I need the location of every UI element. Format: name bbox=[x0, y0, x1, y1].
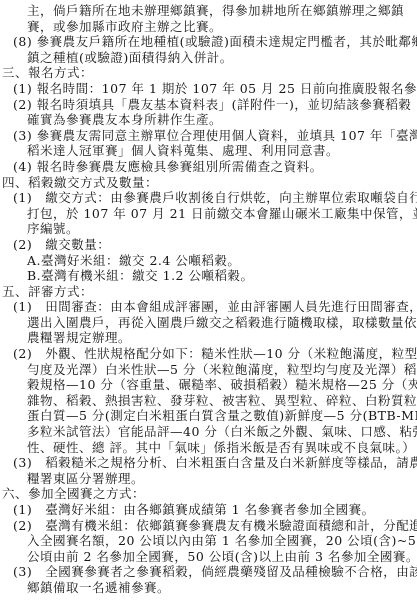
list-item: (1) 報名時間：107 年 1 期於 107 年 05 月 25 日前向推廣股… bbox=[13, 81, 417, 97]
doc-line: 糧署東區分署辦理。 bbox=[27, 471, 417, 487]
doc-line: 勻度及光澤）白米性狀—5 分（米粒飽滿度，粒型均勻度及光澤）稻 bbox=[27, 362, 417, 378]
section-heading: 四、稻穀繳交方式及數量： bbox=[2, 175, 417, 191]
list-item: (2) 外觀、性狀規格配分如下：糙米性狀—10 分（米粒飽滿度，粒型均 bbox=[13, 346, 417, 362]
doc-line: 蛋白質—5 分(測定白米粗蛋白質含量之數值)新鮮度—5 分(BTB-MR bbox=[27, 408, 417, 424]
doc-line: 鄉鎮備取一名遞補參賽。 bbox=[27, 580, 417, 596]
section-heading: 三、報名方式： bbox=[2, 65, 417, 81]
list-item: (1) 繳交方式：由參賽農戶收割後自行烘乾，向主辦單位索取噸袋自行 bbox=[13, 190, 417, 206]
doc-line: 稻米達人冠軍賽」個人資料蒐集、處理、利用同意書。 bbox=[27, 143, 417, 159]
list-item: (2) 繳交數量： bbox=[13, 237, 417, 253]
list-item: (3) 參賽農友需同意主辦單位合理使用個人資料，並填具 107 年「臺灣 bbox=[13, 128, 417, 144]
list-item: (2) 報名時須填具「農友基本資料表」(詳附件一)，並切結該參賽稻穀 bbox=[13, 97, 417, 113]
list-item: (3) 全國賽參賽者之參賽稻穀，倘經農藥殘留及品種檢驗不合格，由該 bbox=[13, 564, 417, 580]
sub-list-item: A.臺灣好米組：繳交 2.4 公噸稻穀。 bbox=[27, 253, 417, 269]
doc-line: 性、硬性、總 評。其中「氣味」係指米飯是否有異味或不良氣味。） bbox=[27, 440, 417, 456]
doc-line: 賽，或參加縣市政府主辦之比賽。 bbox=[27, 19, 417, 35]
sub-list-item: B.臺灣有機米組：繳交 1.2 公噸稻穀。 bbox=[27, 268, 417, 284]
section-heading: 五、評審方式： bbox=[2, 284, 417, 300]
doc-line: 序編號。 bbox=[27, 221, 417, 237]
doc-line: 確實為參賽農友本身所耕作生產。 bbox=[27, 112, 417, 128]
list-item: (8) 參賽農友戶籍所在地種植(或驗證)面積未達規定門檻者，其於毗鄰鄉 bbox=[13, 34, 417, 50]
document-page: 主，倘戶籍所在地未辦理鄉鎮賽，得參加耕地所在鄉鎮辦理之鄉鎮 賽，或參加縣市政府主… bbox=[0, 0, 417, 600]
doc-line: 主，倘戶籍所在地未辦理鄉鎮賽，得參加耕地所在鄉鎮辦理之鄉鎮 bbox=[27, 3, 417, 19]
doc-line: 農糧署規定辦理。 bbox=[27, 330, 417, 346]
section-heading: 六、參加全國賽之方式： bbox=[2, 486, 417, 502]
doc-line: 鎮之種植(或驗證)面積得納入併計。 bbox=[27, 50, 417, 66]
list-item: (2) 臺灣有機米組：依鄉鎮賽參賽農友有機米驗證面積總和計，分配進 bbox=[13, 518, 417, 534]
list-item: (1) 田間審查：由本會組成評審團，並由評審團人員先進行田間審查， bbox=[13, 299, 417, 315]
doc-line: 穀規格—10 分（容重量、碾糙率、破損稻穀）糙米規格—25 分（夾 bbox=[27, 377, 417, 393]
list-item: (3) 稻穀糙米之規格分析、白米粗蛋白含量及白米新鮮度等樣品，請農 bbox=[13, 455, 417, 471]
doc-line: 選出入圍農戶，再從入圍農戶繳交之稻穀進行隨機取樣，取樣數量依 bbox=[27, 315, 417, 331]
list-item: (1) 臺灣好米組：由各鄉鎮賽成績第 1 名參賽者參加全國賽。 bbox=[13, 502, 417, 518]
doc-line: 入全國賽名額，20 公頃以內由第 1 名參加全國賽，20 公頃(含)~50 bbox=[27, 533, 417, 549]
list-item: (4) 報名時參賽農友應檢具參賽組別所需備查之資料。 bbox=[13, 159, 417, 175]
doc-line: 多粒米試管法）官能品評—40 分（白米飯之外觀、氣味、口感、粘彈 bbox=[27, 424, 417, 440]
doc-line: 打包，於 107 年 07 月 21 日前繳交本會羅山碾米工廠集中保管，並依 bbox=[27, 206, 417, 222]
doc-line: 雜物、稻穀、熱損害粒、發芽粒、被害粒、異型粒、碎粒、白粉質粒） bbox=[27, 393, 417, 409]
doc-line: 公頃由前 2 名參加全國賽，50 公頃(含)以上由前 3 名參加全國賽。 bbox=[27, 549, 417, 565]
